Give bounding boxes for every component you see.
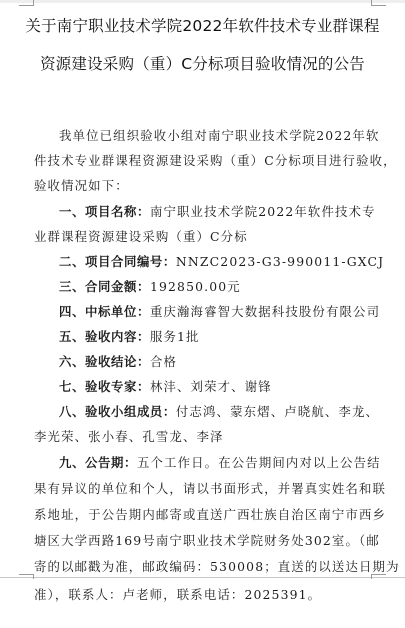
item-value: 林沣、刘荣才、谢锋 (150, 379, 272, 394)
margin-corner-mark (371, 0, 386, 6)
item-project-name: 一、项目名称：南宁职业技术学院2022年软件技术专 (59, 204, 399, 220)
item-label: 一、项目名称： (59, 204, 150, 219)
item-label: 四、中标单位： (59, 304, 150, 319)
item-contract-amount: 三、合同金额：192850.00元 (59, 279, 399, 295)
item-label: 三、合同金额： (59, 279, 150, 294)
item-acceptance-conclusion: 六、验收结论：合格 (59, 354, 399, 370)
item-value: 五个工作日。在公告期间内对以上公告结 (137, 455, 381, 470)
item-value: 服务1批 (150, 329, 200, 344)
item-continuation: 业群课程资源建设采购（重）C分标 (34, 229, 374, 245)
item-label: 九、公告期： (59, 455, 137, 470)
item-continuation: 果有异议的单位和个人，请以书面形式，并署真实姓名和联 (34, 481, 374, 497)
item-team-members: 八、验收小组成员：付志鸿、蒙东熠、卢晓航、李龙、 (59, 404, 399, 420)
item-notice-period: 九、公告期：五个工作日。在公告期间内对以上公告结 (59, 455, 399, 471)
intro-line: 我单位已组织验收小组对南宁职业技术学院2022年软 (59, 128, 399, 144)
item-contract-number: 二、项目合同编号：NNZC2023-G3-990011-GXCJ (59, 254, 399, 270)
item-continuation: 塘区大学西路169号南宁职业技术学院财务处302室。（邮 (34, 533, 374, 549)
item-label: 六、验收结论： (59, 354, 150, 369)
document-title-line-2: 资源建设采购（重）C分标项目验收情况的公告 (0, 52, 405, 74)
item-continuation: 李光荣、张小春、孔雪龙、李泽 (34, 429, 374, 445)
item-value: 付志鸿、蒙东熠、卢晓航、李龙、 (176, 404, 379, 419)
item-acceptance-experts: 七、验收专家：林沣、刘荣才、谢锋 (59, 379, 399, 395)
item-acceptance-content: 五、验收内容：服务1批 (59, 329, 399, 345)
margin-corner-mark (19, 0, 34, 6)
item-winning-bidder: 四、中标单位：重庆瀚海睿智大数据科技股份有限公司 (59, 304, 399, 320)
item-label: 二、项目合同编号： (59, 254, 176, 269)
item-label: 七、验收专家： (59, 379, 150, 394)
item-label: 五、验收内容： (59, 329, 150, 344)
ruler-band (0, 0, 405, 3)
item-value: 192850.00元 (150, 279, 241, 294)
intro-line: 验收情况如下： (34, 178, 374, 194)
item-value: NNZC2023-G3-990011-GXCJ (176, 254, 384, 269)
item-continuation: 系地址，于公告期内邮寄或直送广西壮族自治区南宁市西乡 (34, 507, 374, 523)
item-value: 南宁职业技术学院2022年软件技术专 (150, 204, 376, 219)
item-continuation: 寄的以邮戳为准，邮政编码：530008；直送的以送达日期为 (34, 559, 374, 575)
page-break-line (0, 577, 405, 578)
item-value: 重庆瀚海睿智大数据科技股份有限公司 (150, 304, 380, 319)
item-continuation: 准），联系人：卢老师，联系电话：2025391。 (34, 587, 374, 603)
item-label: 八、验收小组成员： (59, 404, 176, 419)
margin-corner-mark (19, 574, 34, 579)
item-value: 合格 (150, 354, 177, 369)
document-title-line-1: 关于南宁职业技术学院2022年软件技术专业群课程 (0, 14, 405, 36)
intro-line: 件技术专业群课程资源建设采购（重）C分标项目进行验收， (34, 153, 374, 169)
